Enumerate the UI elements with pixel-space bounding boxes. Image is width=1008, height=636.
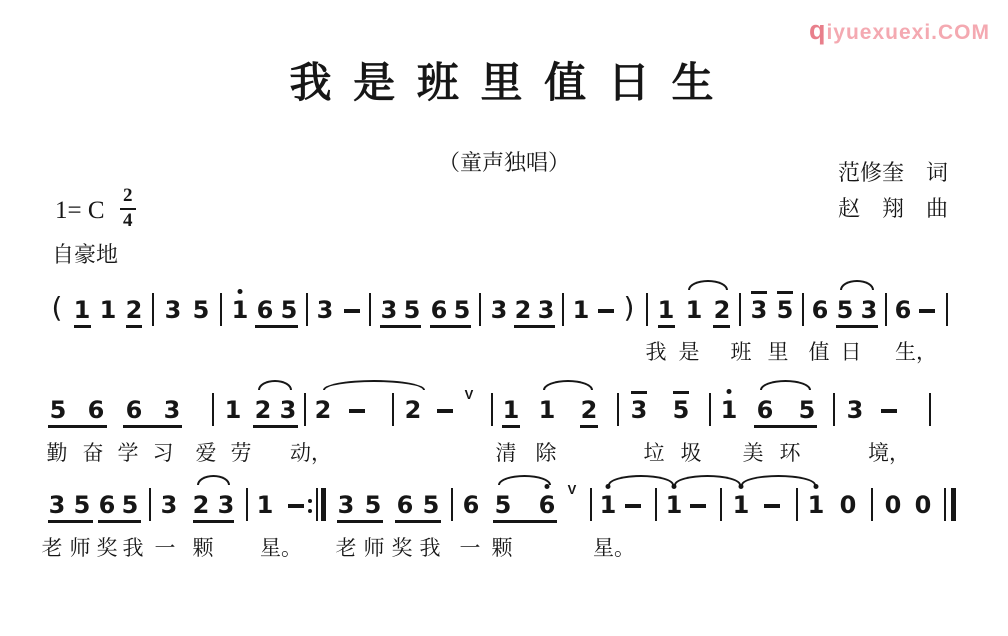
lyric-syllable: 值 bbox=[809, 336, 830, 366]
beam-underline bbox=[48, 520, 93, 523]
barline bbox=[802, 293, 804, 326]
lyric-syllable: 是 bbox=[679, 336, 700, 366]
note: 6 bbox=[463, 493, 480, 517]
octave-dot bbox=[238, 289, 243, 294]
beam-underline bbox=[98, 520, 141, 523]
note: 3 bbox=[751, 298, 768, 322]
lyric-syllable: 奋 bbox=[83, 437, 104, 467]
note: 3 bbox=[381, 298, 398, 322]
barline bbox=[946, 293, 948, 326]
lyric-syllable: 圾 bbox=[681, 437, 702, 467]
barline bbox=[212, 393, 214, 426]
barline bbox=[796, 488, 798, 521]
note: 1 bbox=[733, 493, 750, 517]
breath-mark: V bbox=[465, 387, 474, 402]
lyric-syllable: 一 bbox=[460, 532, 481, 562]
note: 1 bbox=[573, 298, 590, 322]
note: 2 bbox=[581, 398, 598, 422]
note: 3 bbox=[538, 298, 555, 322]
note: 3 bbox=[317, 298, 334, 322]
barline bbox=[451, 488, 453, 521]
note: 6 bbox=[88, 398, 105, 422]
lyric-syllable: 勤 bbox=[47, 437, 68, 467]
note: 6 bbox=[812, 298, 829, 322]
beam-underline bbox=[580, 425, 598, 428]
score: (11235165335653231)112356536我是班里值日生，5663… bbox=[0, 0, 1008, 636]
lyric-syllable: 星。 bbox=[260, 532, 302, 562]
barline bbox=[491, 393, 493, 426]
beam-underline bbox=[337, 520, 383, 523]
barline bbox=[246, 488, 248, 521]
note: 6 bbox=[257, 298, 274, 322]
note: 2 bbox=[193, 493, 210, 517]
lyric-syllable: 日 bbox=[841, 336, 862, 366]
lyric-syllable: 动， bbox=[290, 437, 332, 467]
note: 3 bbox=[165, 298, 182, 322]
barline bbox=[833, 393, 835, 426]
slur-tie-arc bbox=[608, 475, 674, 485]
note: 6 bbox=[539, 493, 556, 517]
note: 3 bbox=[164, 398, 181, 422]
beam-underline bbox=[395, 520, 441, 523]
duration-dash bbox=[881, 409, 897, 413]
note: 2 bbox=[714, 298, 731, 322]
barline bbox=[590, 488, 592, 521]
slur-tie-arc bbox=[741, 475, 816, 485]
note: 5 bbox=[193, 298, 210, 322]
note: 5 bbox=[365, 493, 382, 517]
note: 2 bbox=[515, 298, 532, 322]
repeat-end-barline bbox=[321, 488, 326, 521]
duration-dash bbox=[690, 504, 706, 508]
note: 6 bbox=[99, 493, 116, 517]
lyric-syllable: 奖 bbox=[97, 532, 118, 562]
tenuto-overline bbox=[777, 291, 793, 294]
lyric-syllable: 星。 bbox=[593, 532, 635, 562]
duration-dash bbox=[625, 504, 641, 508]
barline bbox=[709, 393, 711, 426]
note: 6 bbox=[397, 493, 414, 517]
note: 5 bbox=[454, 298, 471, 322]
note: 5 bbox=[799, 398, 816, 422]
lyric-syllable: 学 bbox=[118, 437, 139, 467]
lyric-syllable: 一 bbox=[155, 532, 176, 562]
barline bbox=[304, 393, 306, 426]
barline bbox=[739, 293, 741, 326]
note: 1 bbox=[600, 493, 617, 517]
barline bbox=[152, 293, 154, 326]
barline bbox=[479, 293, 481, 326]
beam-underline bbox=[126, 325, 142, 328]
note: 5 bbox=[404, 298, 421, 322]
slur-tie-arc bbox=[688, 280, 728, 290]
lyric-syllable: 劳 bbox=[231, 437, 252, 467]
note: 5 bbox=[74, 493, 91, 517]
note: 2 bbox=[255, 398, 272, 422]
note: 5 bbox=[777, 298, 794, 322]
barline bbox=[149, 488, 151, 521]
final-barline bbox=[944, 488, 946, 521]
barline bbox=[220, 293, 222, 326]
repeat-end-barline bbox=[316, 488, 318, 521]
note: 1 bbox=[658, 298, 675, 322]
slur-tie-arc bbox=[258, 380, 292, 390]
slur-tie-arc bbox=[674, 475, 741, 485]
barline bbox=[720, 488, 722, 521]
lyric-syllable: 颗 bbox=[492, 532, 513, 562]
duration-dash bbox=[919, 309, 935, 313]
note: 1 bbox=[225, 398, 242, 422]
barline bbox=[562, 293, 564, 326]
note: 6 bbox=[126, 398, 143, 422]
beam-underline bbox=[255, 325, 298, 328]
barline bbox=[885, 293, 887, 326]
duration-dash bbox=[288, 504, 304, 508]
lyric-syllable: 垃 bbox=[644, 437, 665, 467]
lyric-syllable: 老 bbox=[336, 532, 357, 562]
rest-note: 0 bbox=[840, 493, 857, 517]
note: 3 bbox=[161, 493, 178, 517]
parenthesis: ( bbox=[52, 294, 63, 322]
note: 3 bbox=[218, 493, 235, 517]
note: 1 bbox=[232, 298, 249, 322]
sheet-music-page: qiyuexuexi.COM 我 是 班 里 值 日 生 （童声独唱） 范修奎 … bbox=[0, 0, 1008, 636]
note: 6 bbox=[431, 298, 448, 322]
lyric-syllable: 师 bbox=[70, 532, 91, 562]
repeat-dot bbox=[308, 509, 312, 513]
beam-underline bbox=[713, 325, 730, 328]
note: 1 bbox=[257, 493, 274, 517]
beam-underline bbox=[754, 425, 817, 428]
note: 1 bbox=[539, 398, 556, 422]
beam-underline bbox=[658, 325, 675, 328]
note: 1 bbox=[808, 493, 825, 517]
note: 3 bbox=[338, 493, 355, 517]
lyric-syllable: 美 bbox=[743, 437, 764, 467]
note: 1 bbox=[74, 298, 91, 322]
note: 2 bbox=[126, 298, 143, 322]
rest-note: 0 bbox=[885, 493, 902, 517]
repeat-dot bbox=[308, 499, 312, 503]
note: 6 bbox=[757, 398, 774, 422]
duration-dash bbox=[437, 409, 453, 413]
barline bbox=[617, 393, 619, 426]
lyric-syllable: 爱 bbox=[196, 437, 217, 467]
beam-underline bbox=[430, 325, 471, 328]
note: 1 bbox=[100, 298, 117, 322]
note: 1 bbox=[666, 493, 683, 517]
lyric-syllable: 颗 bbox=[193, 532, 214, 562]
lyric-syllable: 班 bbox=[731, 336, 752, 366]
note: 3 bbox=[861, 298, 878, 322]
lyric-syllable: 我 bbox=[646, 336, 667, 366]
barline bbox=[369, 293, 371, 326]
slur-tie-arc bbox=[498, 475, 551, 485]
beam-underline bbox=[74, 325, 91, 328]
note: 5 bbox=[673, 398, 690, 422]
barline bbox=[646, 293, 648, 326]
barline bbox=[392, 393, 394, 426]
beam-underline bbox=[380, 325, 421, 328]
note: 1 bbox=[721, 398, 738, 422]
lyric-syllable: 我 bbox=[123, 532, 144, 562]
beam-underline bbox=[514, 325, 555, 328]
duration-dash bbox=[764, 504, 780, 508]
lyric-syllable: 习 bbox=[153, 437, 174, 467]
duration-dash bbox=[344, 309, 360, 313]
final-barline bbox=[951, 488, 956, 521]
lyric-syllable: 里 bbox=[768, 336, 789, 366]
note: 3 bbox=[49, 493, 66, 517]
note: 2 bbox=[405, 398, 422, 422]
note: 5 bbox=[423, 493, 440, 517]
barline bbox=[655, 488, 657, 521]
lyric-syllable: 老 bbox=[42, 532, 63, 562]
breath-mark: V bbox=[568, 482, 577, 497]
lyric-syllable: 我 bbox=[420, 532, 441, 562]
barline bbox=[306, 293, 308, 326]
beam-underline bbox=[502, 425, 520, 428]
lyric-syllable: 生， bbox=[895, 336, 937, 366]
octave-dot bbox=[727, 389, 732, 394]
lyric-syllable: 环 bbox=[780, 437, 801, 467]
tenuto-overline bbox=[631, 391, 647, 394]
lyric-syllable: 除 bbox=[536, 437, 557, 467]
tenuto-overline bbox=[751, 291, 767, 294]
beam-underline bbox=[253, 425, 298, 428]
note: 2 bbox=[315, 398, 332, 422]
beam-underline bbox=[193, 520, 234, 523]
slur-tie-arc bbox=[197, 475, 230, 485]
lyric-syllable: 师 bbox=[364, 532, 385, 562]
lyric-syllable: 境， bbox=[868, 437, 910, 467]
beam-underline bbox=[48, 425, 107, 428]
slur-tie-arc bbox=[840, 280, 874, 290]
duration-dash bbox=[598, 309, 614, 313]
note: 6 bbox=[895, 298, 912, 322]
tenuto-overline bbox=[673, 391, 689, 394]
note: 3 bbox=[491, 298, 508, 322]
lyric-syllable: 奖 bbox=[392, 532, 413, 562]
note: 1 bbox=[503, 398, 520, 422]
lyric-syllable: 清 bbox=[496, 437, 517, 467]
slur-tie-arc bbox=[760, 380, 811, 390]
note: 3 bbox=[631, 398, 648, 422]
note: 5 bbox=[50, 398, 67, 422]
barline bbox=[871, 488, 873, 521]
barline bbox=[929, 393, 931, 426]
beam-underline bbox=[836, 325, 878, 328]
slur-tie-arc bbox=[323, 380, 425, 390]
note: 3 bbox=[847, 398, 864, 422]
note: 1 bbox=[686, 298, 703, 322]
parenthesis: ) bbox=[624, 294, 635, 322]
slur-tie-arc bbox=[543, 380, 593, 390]
note: 5 bbox=[837, 298, 854, 322]
rest-note: 0 bbox=[915, 493, 932, 517]
note: 5 bbox=[122, 493, 139, 517]
note: 3 bbox=[280, 398, 297, 422]
note: 5 bbox=[281, 298, 298, 322]
note: 5 bbox=[495, 493, 512, 517]
duration-dash bbox=[349, 409, 365, 413]
beam-underline bbox=[493, 520, 557, 523]
beam-underline bbox=[123, 425, 182, 428]
